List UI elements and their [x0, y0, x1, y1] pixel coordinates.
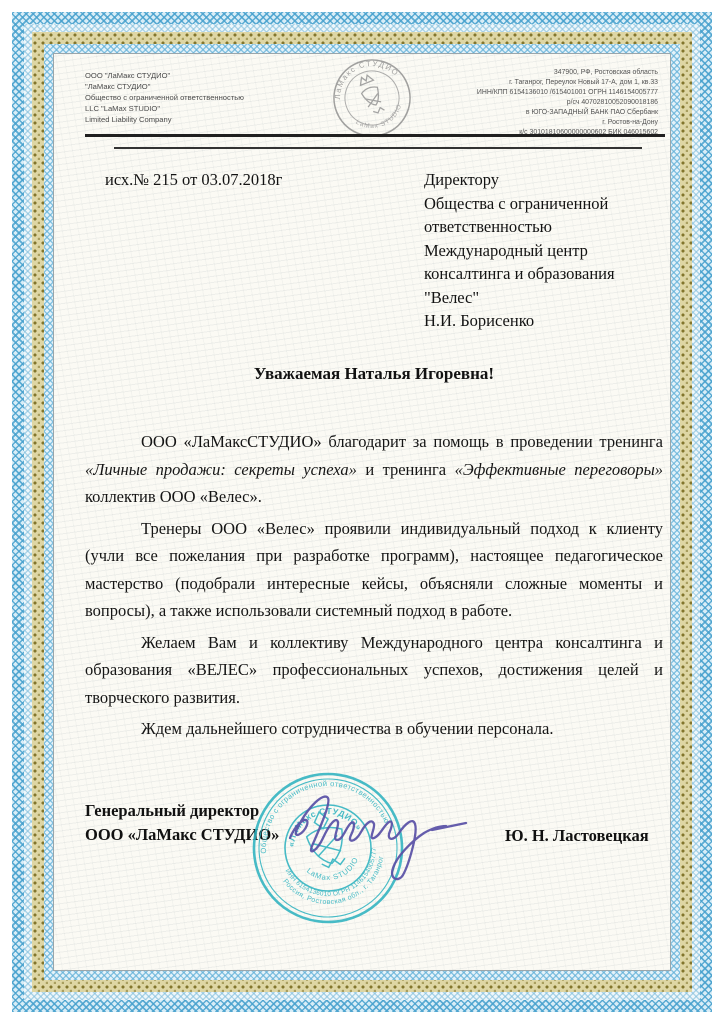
company-line: Общество с ограниченной ответственностью [85, 92, 244, 103]
letter-page: ООО "ЛаМакс СТУДИО" "ЛаМакс СТУДИО" Обще… [0, 0, 724, 1024]
recipient-block: Директору Общества с ограниченной ответс… [424, 168, 615, 333]
recipient-line: ответственностью [424, 215, 615, 239]
paragraph-4: Ждем дальнейшего сотрудничества в обучен… [85, 715, 663, 743]
signer-name: Ю. Н. Ластовецкая [505, 826, 649, 846]
recipient-line: Н.И. Борисенко [424, 309, 615, 333]
company-line: ООО "ЛаМакс СТУДИО" [85, 70, 244, 81]
requisites-line: р/сч 40702810052090018186 [477, 98, 658, 108]
handwritten-signature [276, 772, 486, 887]
p1-training-name-1: «Личные продажи: секреты успеха» [85, 460, 357, 479]
logo-emblem [356, 73, 386, 116]
company-line: Limited Liability Company [85, 114, 244, 125]
p1-training-name-2: «Эффективные переговоры» [455, 460, 663, 479]
recipient-line: Директору [424, 168, 615, 192]
requisites-line: в ЮГО-ЗАПАДНЫЙ БАНК ПАО Сбербанк [477, 108, 658, 118]
company-info-block: ООО "ЛаМакс СТУДИО" "ЛаМакс СТУДИО" Обще… [85, 70, 244, 125]
letterhead-divider-top [85, 134, 665, 137]
p1-text: коллектив ООО «Велес». [85, 487, 262, 506]
requisites-line: г. Таганрог, Переулок Новый 17-А, дом 1,… [477, 78, 658, 88]
requisites-line: 347900, РФ, Ростовская область [477, 68, 658, 78]
signature-stroke [290, 797, 466, 879]
paragraph-3: Желаем Вам и коллективу Международного ц… [85, 629, 663, 712]
p1-text: ООО «ЛаМаксСТУДИО» благодарит за помощь … [141, 432, 663, 451]
recipient-line: консалтинга и образования [424, 262, 615, 286]
paragraph-1: ООО «ЛаМаксСТУДИО» благодарит за помощь … [85, 428, 663, 511]
recipient-line: "Велес" [424, 286, 615, 310]
requisites-line: г. Ростов-на-Дону [477, 118, 658, 128]
letter-body: ООО «ЛаМаксСТУДИО» благодарит за помощь … [85, 428, 663, 747]
logo-ring-text-bottom: LaMax STUDIO [353, 101, 409, 138]
p1-text: и тренинга [357, 460, 455, 479]
svg-text:LaMax STUDIO: LaMax STUDIO [353, 101, 409, 138]
company-line: "ЛаМакс СТУДИО" [85, 81, 244, 92]
letterhead-divider-bottom [114, 147, 642, 149]
requisites-line: ИНН/КПП 6154136010 /615401001 ОГРН 11461… [477, 88, 658, 98]
outgoing-reference: исх.№ 215 от 03.07.2018г [105, 170, 282, 190]
letter-content: ООО "ЛаМакс СТУДИО" "ЛаМакс СТУДИО" Обще… [0, 0, 724, 1024]
requisites-block: 347900, РФ, Ростовская область г. Таганр… [477, 68, 658, 138]
salutation: Уважаемая Наталья Игоревна! [85, 364, 663, 384]
paragraph-2: Тренеры ООО «Велес» проявили индивидуаль… [85, 515, 663, 625]
company-line: LLC "LaMax STUDIO" [85, 103, 244, 114]
recipient-line: Общества с ограниченной [424, 192, 615, 216]
recipient-line: Международный центр [424, 239, 615, 263]
